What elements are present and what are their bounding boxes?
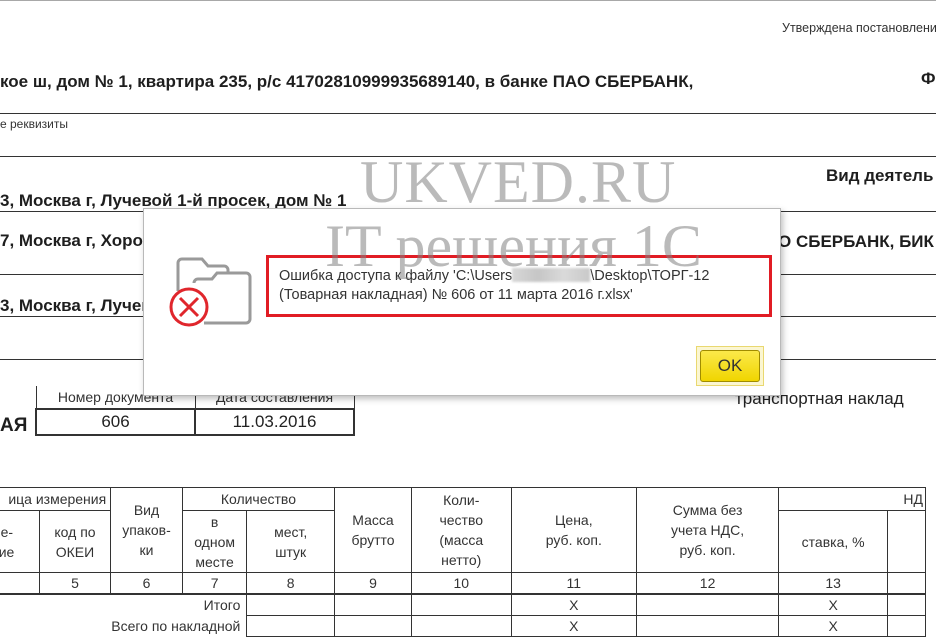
error-dialog: Ошибка доступа к файлу 'C:\Users\Desktop… (143, 208, 781, 396)
divider (0, 113, 936, 114)
grand-total-vat-rate: X (779, 616, 888, 637)
details-caption: е реквизиты (0, 117, 68, 131)
approved-by-text: Утверждена постановлени (782, 21, 936, 35)
supplier-address: кое ш, дом № 1, квартира 235, р/с 417028… (0, 72, 693, 92)
unit-group-header: ица измерения (0, 488, 111, 511)
error-message-highlight: Ошибка доступа к файлу 'C:\Users\Desktop… (266, 255, 772, 317)
price-header: Цена, руб. коп. (511, 488, 637, 573)
cell (411, 616, 511, 637)
column-number (0, 573, 39, 595)
total-vat-rate: X (779, 594, 888, 616)
redacted-username (512, 268, 590, 282)
column-number: 8 (247, 573, 335, 595)
bank-fragment: О СБЕРБАНК, БИК (778, 232, 934, 252)
cell (247, 616, 335, 637)
cell (637, 616, 779, 637)
payer-address: 3, Москва г, Лучев (0, 296, 152, 316)
column-number: 11 (511, 573, 637, 595)
doc-number-value: 606 (36, 409, 195, 435)
vat-rate-header: ставка, % (779, 511, 888, 573)
okei-code-header: код по ОКЕИ (39, 511, 110, 573)
places-pieces-header: мест, штук (247, 511, 335, 573)
total-price: X (511, 594, 637, 616)
message-path-start: Ошибка доступа к файлу 'C:\Users (279, 268, 512, 284)
unit-name-header: ме- ние (0, 511, 39, 573)
column-number: 5 (39, 573, 110, 595)
cell (335, 616, 412, 637)
ok-button-focus: OK (696, 346, 764, 386)
error-message: Ошибка доступа к файлу 'C:\Users\Desktop… (279, 267, 709, 305)
table-row: Всего по накладной X X (0, 616, 926, 637)
watermark-line1: UKVED.RU (360, 148, 676, 217)
file-error-icon (164, 249, 256, 329)
column-number: 6 (111, 573, 183, 595)
table-row: Итого X X (0, 594, 926, 616)
doc-date-value: 11.03.2016 (195, 409, 354, 435)
cell (888, 616, 926, 637)
cell (888, 594, 926, 616)
column-number: 7 (182, 573, 247, 595)
goods-table: ица измерения Вид упаков- ки Количество … (0, 487, 926, 637)
vat-extra-header (888, 511, 926, 573)
column-number: 13 (779, 573, 888, 595)
column-number (888, 573, 926, 595)
in-one-place-header: в одном месте (182, 511, 247, 573)
column-number: 9 (335, 573, 412, 595)
vat-group-header: НД (779, 488, 926, 511)
net-quantity-header: Коли- чество (масса нетто) (411, 488, 511, 573)
cell (637, 594, 779, 616)
cell (335, 594, 412, 616)
ok-button[interactable]: OK (700, 350, 760, 382)
quantity-group-header: Количество (182, 488, 334, 511)
divider (0, 156, 936, 157)
grand-total-label: Всего по накладной (0, 616, 247, 637)
package-type-header: Вид упаков- ки (111, 488, 183, 573)
activity-label: Вид деятель (826, 166, 933, 186)
total-label: Итого (0, 594, 247, 616)
cell (411, 594, 511, 616)
cell (247, 594, 335, 616)
column-number: 10 (411, 573, 511, 595)
top-border (0, 0, 936, 1)
message-path-end: \Desktop\ТОРГ-12 (590, 268, 709, 284)
gross-mass-header: Масса брутто (335, 488, 412, 573)
consignee-address-2: 7, Москва г, Хорош (0, 231, 157, 251)
document-title-fragment: АЯ (0, 415, 27, 437)
sum-without-vat-header: Сумма без учета НДС, руб. коп. (637, 488, 779, 573)
column-number: 12 (637, 573, 779, 595)
grand-total-price: X (511, 616, 637, 637)
form-label-fragment: Ф (921, 69, 936, 89)
message-filename: (Товарная накладная) № 606 от 11 марта 2… (279, 287, 633, 303)
